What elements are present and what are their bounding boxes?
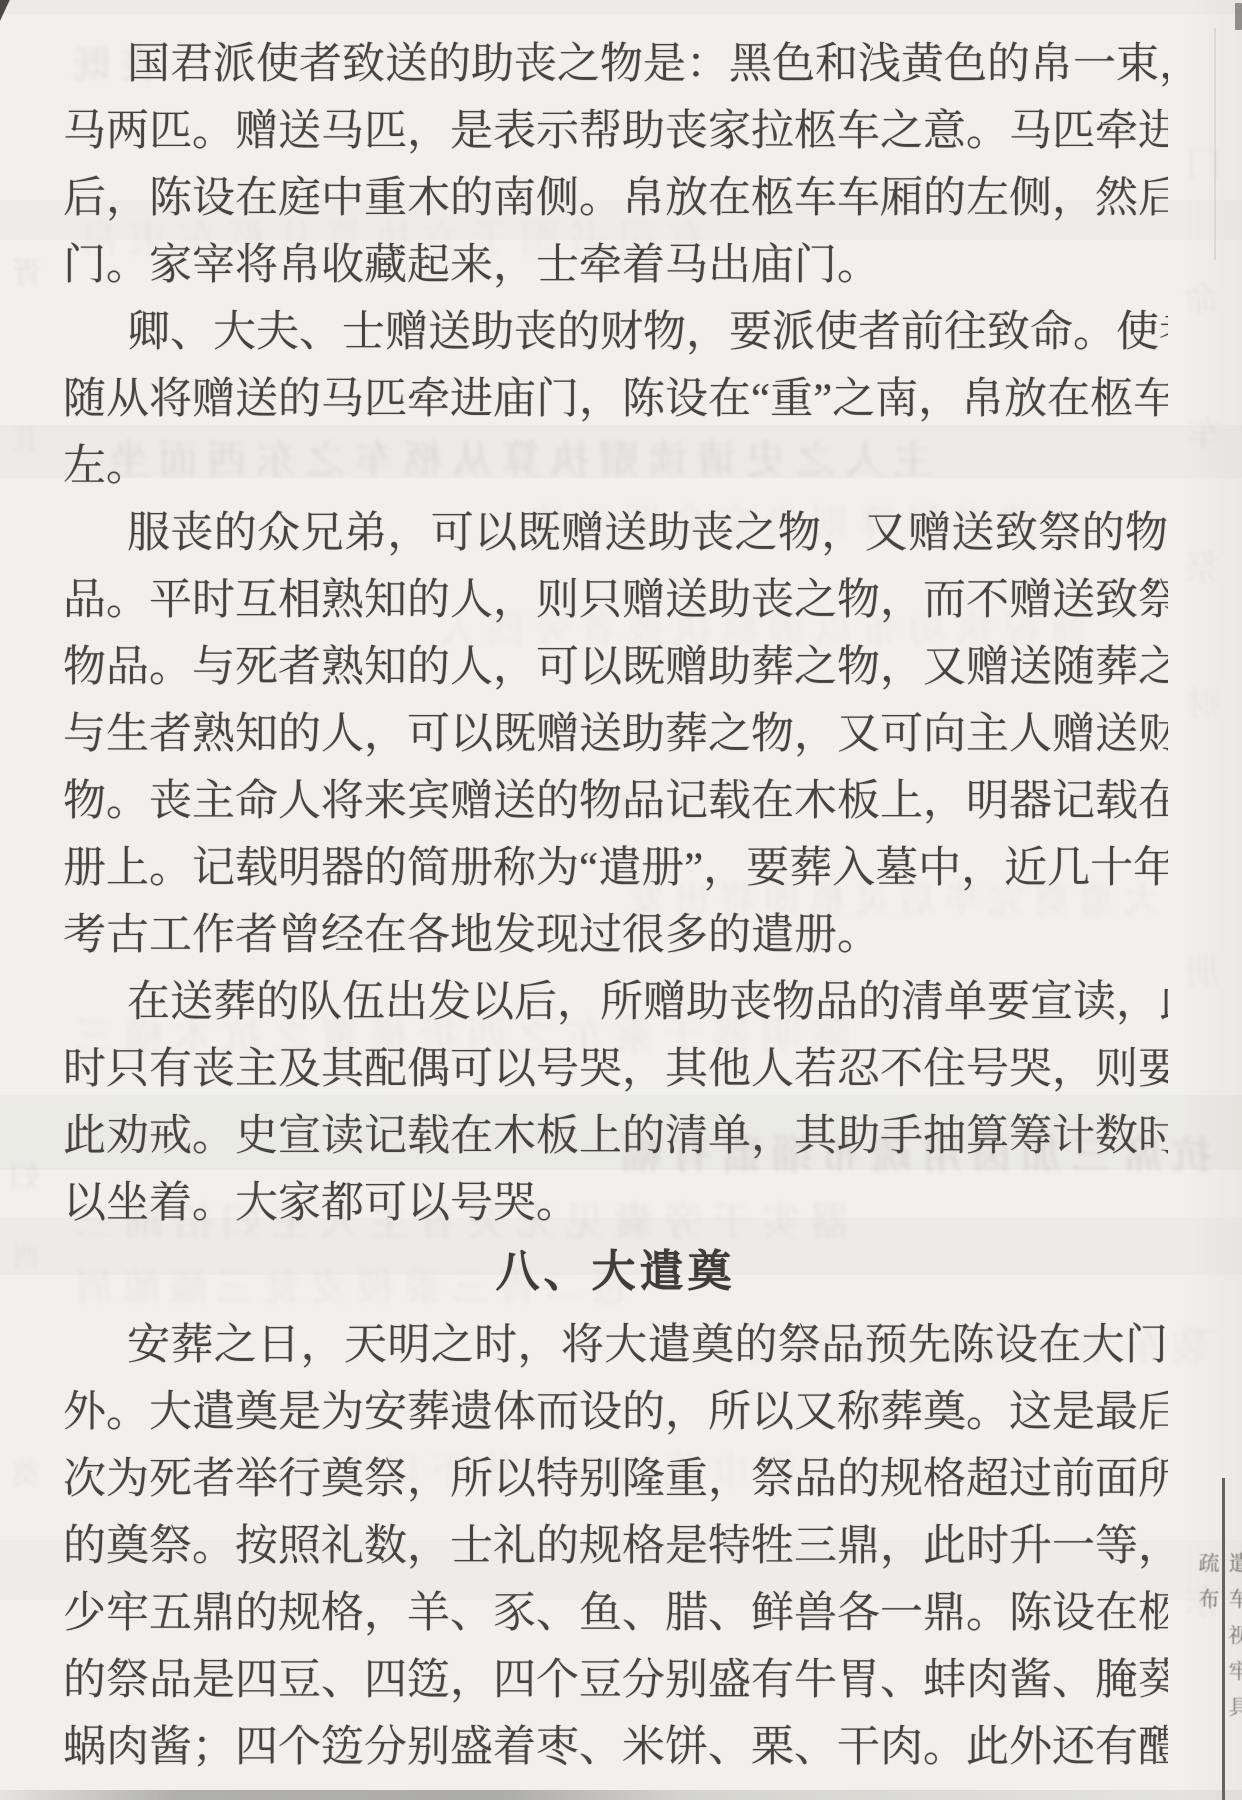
scan-bottom-shadow (0, 1790, 1242, 1800)
paragraph-1: 国君派使者致送的助丧之物是：黑色和浅黄色的帛一束， 马两匹。赠送马匹，是表示帮助… (63, 31, 1168, 299)
gutter-shadow (1180, 0, 1242, 1800)
text-line: 在送葬的队伍出发以后，所赠助丧物品的清单要宣读，此 (63, 969, 1168, 1036)
text-line: 此劝戒。史宣读记载在木板上的清单，其助手抽算筹计数时可 (63, 1103, 1168, 1170)
text-block: 国君派使者致送的助丧之物是：黑色和浅黄色的帛一束， 马两匹。赠送马匹，是表示帮助… (63, 31, 1168, 1781)
scan-edge-artifact (0, 0, 11, 24)
margin-smudge: 妇 (10, 1152, 40, 1196)
paragraph-2: 卿、大夫、士赠送助丧的财物，要派使者前往致命。使者的 随从将赠送的马匹牵进庙门，… (63, 299, 1168, 500)
text-line: 左。 (63, 433, 1168, 500)
section-heading: 八、大遣奠 (63, 1241, 1168, 1308)
text-line: 门。家宰将帛收藏起来，士牵着马出庙门。 (63, 232, 1168, 299)
margin-smudge: 胥 (12, 248, 42, 292)
margin-smudge: 奠 (12, 1452, 40, 1492)
text-line: 次为死者举行奠祭，所以特别隆重，祭品的规格超过前面所有 (63, 1446, 1168, 1513)
text-line: 随从将赠送的马匹牵进庙门，陈设在“重”之南，帛放在柩车之 (63, 366, 1168, 433)
text-line: 以坐着。大家都可以号哭。 (63, 1170, 1168, 1237)
text-line: 马两匹。赠送马匹，是表示帮助丧家拉柩车之意。马匹牵进门 (63, 98, 1168, 165)
paragraph-4: 在送葬的队伍出发以后，所赠助丧物品的清单要宣读，此 时只有丧主及其配偶可以号哭，… (63, 969, 1168, 1237)
text-line: 册上。记载明器的简册称为“遣册”，要葬入墓中，近几十年来， (63, 835, 1168, 902)
text-line: 安葬之日，天明之时，将大遣奠的祭品预先陈设在大门 (63, 1312, 1168, 1379)
text-line: 物。丧主命人将来宾赠送的物品记载在木板上，明器记载在简 (63, 768, 1168, 835)
text-line: 的奠祭。按照礼数，士礼的规格是特牲三鼎，此时升一等，用了 (63, 1513, 1168, 1580)
text-line: 外。大遣奠是为安葬遗体而设的，所以又称葬奠。这是最后一 (63, 1379, 1168, 1446)
text-line: 时只有丧主及其配偶可以号哭，其他人若忍不住号哭，则要彼 (63, 1036, 1168, 1103)
scanned-book-page: 丧既 有司书赗于方执算从柩车束帛 主人之史请读赗执算从柩车之东西面坐 读书释算则… (0, 0, 1242, 1800)
text-line: 蜗肉酱；四个笾分别盛着枣、米饼、栗、干肉。此外还有醴和酒。 (63, 1714, 1168, 1781)
text-line: 服丧的众兄弟，可以既赠送助丧之物，又赠送致祭的物 (63, 500, 1168, 567)
text-line: 与生者熟知的人，可以既赠送助葬之物，又可向主人赠送财 (63, 701, 1168, 768)
paragraph-3: 服丧的众兄弟，可以既赠送助丧之物，又赠送致祭的物 品。平时互相熟知的人，则只赠送… (63, 500, 1168, 969)
text-line: 考古工作者曾经在各地发现过很多的遣册。 (63, 902, 1168, 969)
margin-smudge: 酉 (12, 1235, 40, 1275)
text-line: 少牢五鼎的规格，羊、豕、鱼、腊、鲜兽各一鼎。陈设在柩车之东 (63, 1580, 1168, 1647)
text-line: 物品。与死者熟知的人，可以既赠助葬之物，又赠送随葬之物； (63, 634, 1168, 701)
text-line: 品。平时互相熟知的人，则只赠送助丧之物，而不赠送致祭的 (63, 567, 1168, 634)
text-line: 国君派使者致送的助丧之物是：黑色和浅黄色的帛一束， (63, 31, 1168, 98)
text-line: 卿、大夫、士赠送助丧的财物，要派使者前往致命。使者的 (63, 299, 1168, 366)
paragraph-5: 安葬之日，天明之时，将大遣奠的祭品预先陈设在大门 外。大遣奠是为安葬遗体而设的，… (63, 1312, 1168, 1781)
margin-smudge: 苴 (12, 418, 40, 458)
text-line: 的祭品是四豆、四笾，四个豆分别盛有牛胃、蚌肉酱、腌葵菜、 (63, 1647, 1168, 1714)
text-line: 后，陈设在庭中重木的南侧。帛放在柩车车厢的左侧，然后出 (63, 165, 1168, 232)
